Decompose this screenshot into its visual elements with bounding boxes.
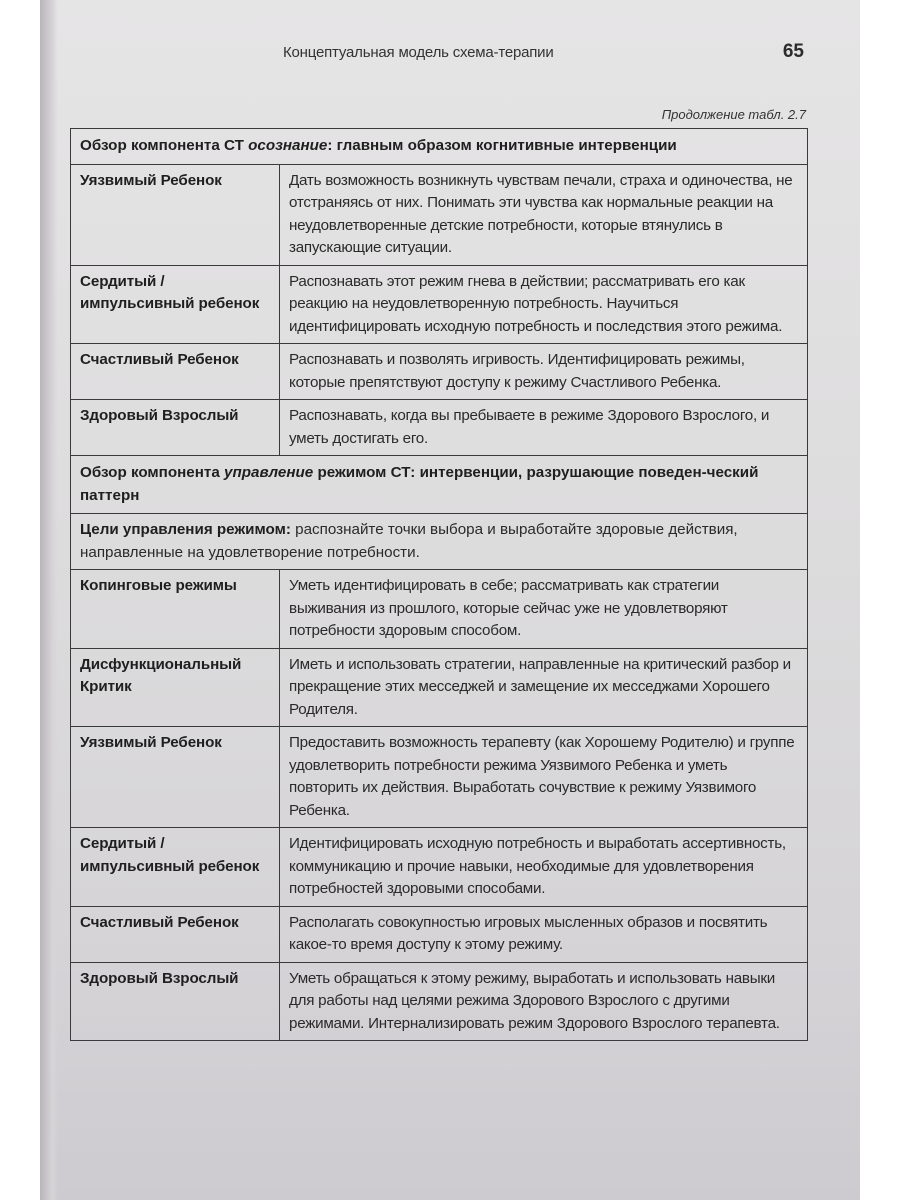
section-header-row: Обзор компонента управление режимом СТ: … (71, 456, 808, 514)
description-cell: Предоставить возможность терапевту (как … (280, 727, 808, 828)
mode-cell: Счастливый Ребенок (71, 906, 280, 962)
goals-row: Цели управления режимом: распознайте точ… (71, 514, 808, 570)
section-awareness-title: Обзор компонента СТ осознание: главным о… (71, 129, 808, 165)
description-cell: Распознавать и позволять игривость. Иден… (280, 344, 808, 400)
mode-cell: Здоровый Взрослый (71, 962, 280, 1041)
table-continuation-label: Продолжение табл. 2.7 (662, 107, 806, 122)
table-row: Уязвимый Ребенок Предоставить возможност… (71, 727, 808, 828)
table-row: Сердитый / импульсивный ребенок Идентифи… (71, 828, 808, 907)
running-title: Концептуальная модель схема-терапии (283, 44, 554, 61)
description-cell: Уметь обращаться к этому режиму, выработ… (280, 962, 808, 1041)
table-row: Счастливый Ребенок Располагать совокупно… (71, 906, 808, 962)
description-cell: Располагать совокупностью игровых мыслен… (280, 906, 808, 962)
description-cell: Распознавать этот режим гнева в действии… (280, 265, 808, 344)
description-cell: Идентифицировать исходную потребность и … (280, 828, 808, 907)
description-cell: Уметь идентифицировать в себе; рассматри… (280, 570, 808, 649)
mode-cell: Копинговые режимы (71, 570, 280, 649)
mode-cell: Уязвимый Ребенок (71, 727, 280, 828)
description-cell: Дать возможность возникнуть чувствам печ… (280, 164, 808, 265)
table-row: Здоровый Взрослый Уметь обращаться к это… (71, 962, 808, 1041)
mode-cell: Сердитый / импульсивный ребенок (71, 828, 280, 907)
management-goals: Цели управления режимом: распознайте точ… (71, 514, 808, 570)
page-number: 65 (783, 41, 804, 63)
mode-cell: Сердитый / импульсивный ребенок (71, 265, 280, 344)
section-header-row: Обзор компонента СТ осознание: главным о… (71, 129, 808, 165)
table-row: Уязвимый Ребенок Дать возможность возник… (71, 164, 808, 265)
section-management-title: Обзор компонента управление режимом СТ: … (71, 456, 808, 514)
mode-cell: Счастливый Ребенок (71, 344, 280, 400)
book-page: Концептуальная модель схема-терапии 65 П… (40, 0, 860, 1200)
table-row: Сердитый / импульсивный ребенок Распозна… (71, 265, 808, 344)
table-row: Счастливый Ребенок Распознавать и позвол… (71, 344, 808, 400)
mode-cell: Здоровый Взрослый (71, 400, 280, 456)
schema-therapy-table: Обзор компонента СТ осознание: главным о… (70, 128, 808, 1041)
mode-cell: Уязвимый Ребенок (71, 164, 280, 265)
description-cell: Распознавать, когда вы пребываете в режи… (280, 400, 808, 456)
description-cell: Иметь и использовать стратегии, направле… (280, 648, 808, 727)
table-row: Здоровый Взрослый Распознавать, когда вы… (71, 400, 808, 456)
table-row: Копинговые режимы Уметь идентифицировать… (71, 570, 808, 649)
mode-cell: Дисфункциональный Критик (71, 648, 280, 727)
table-row: Дисфункциональный Критик Иметь и использ… (71, 648, 808, 727)
